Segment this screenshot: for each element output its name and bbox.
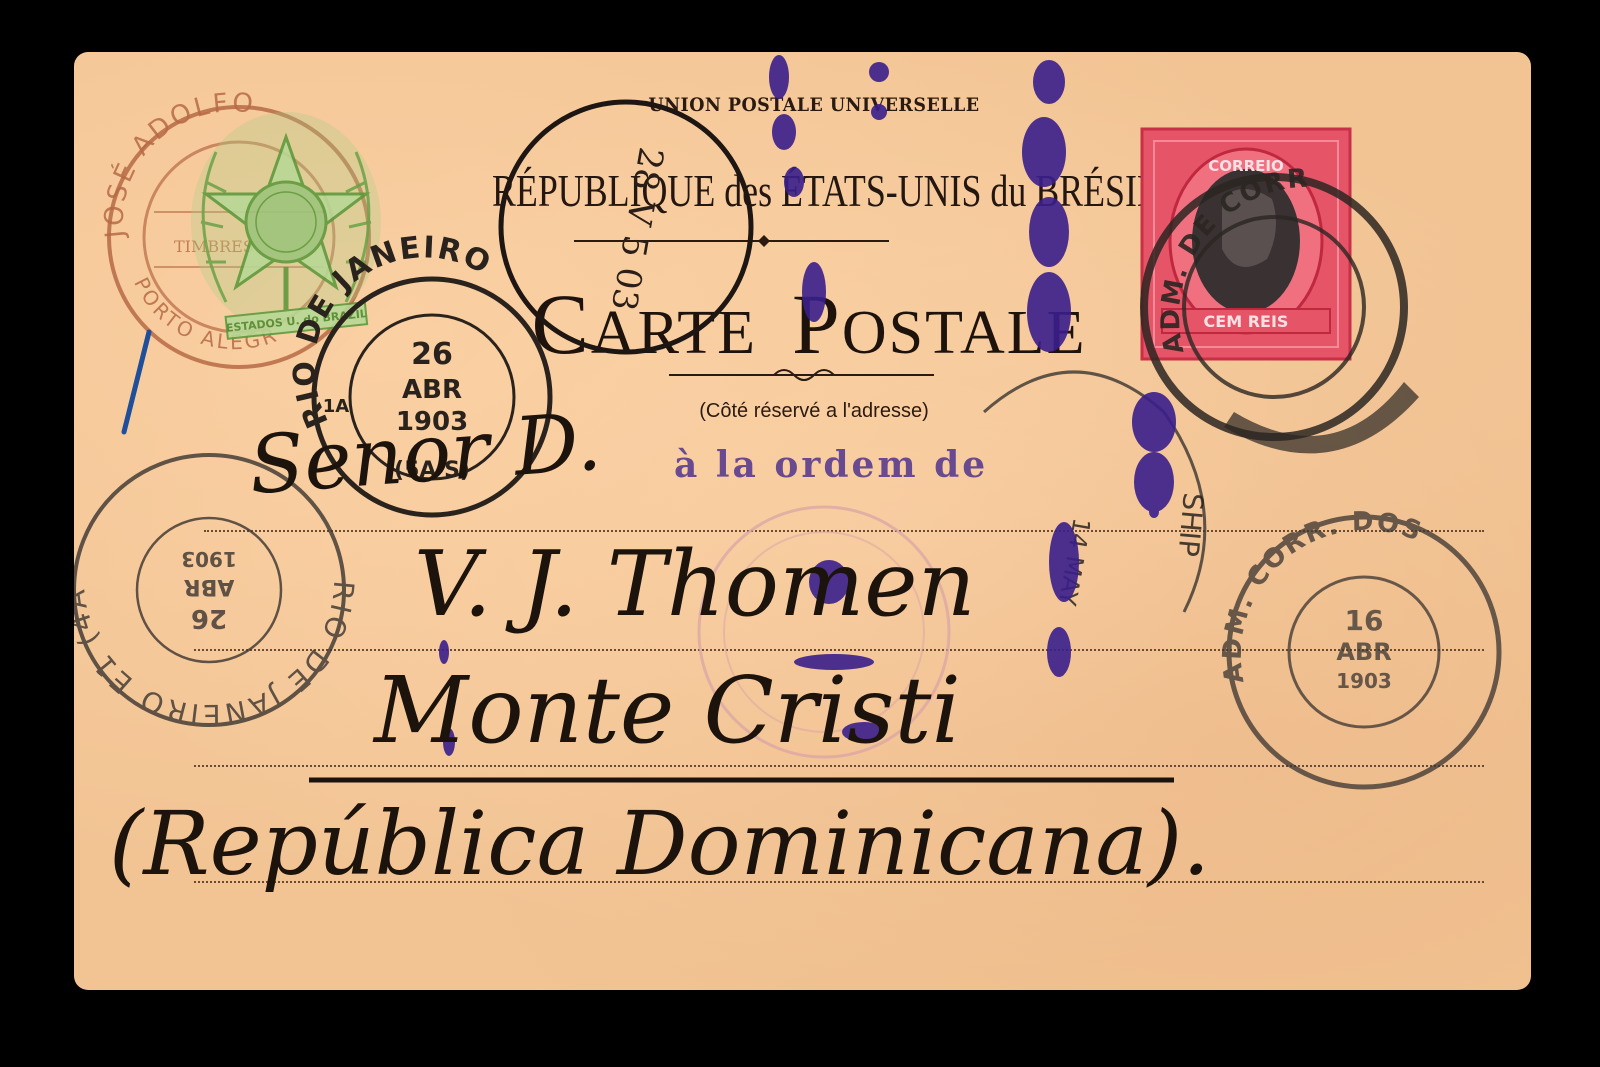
handwritten-country: (República Dominicana). [109, 792, 1210, 895]
postcard: JOSÉ ADOLFO PORTO ALEGRE TIMBRES ESTADOS… [74, 52, 1531, 990]
